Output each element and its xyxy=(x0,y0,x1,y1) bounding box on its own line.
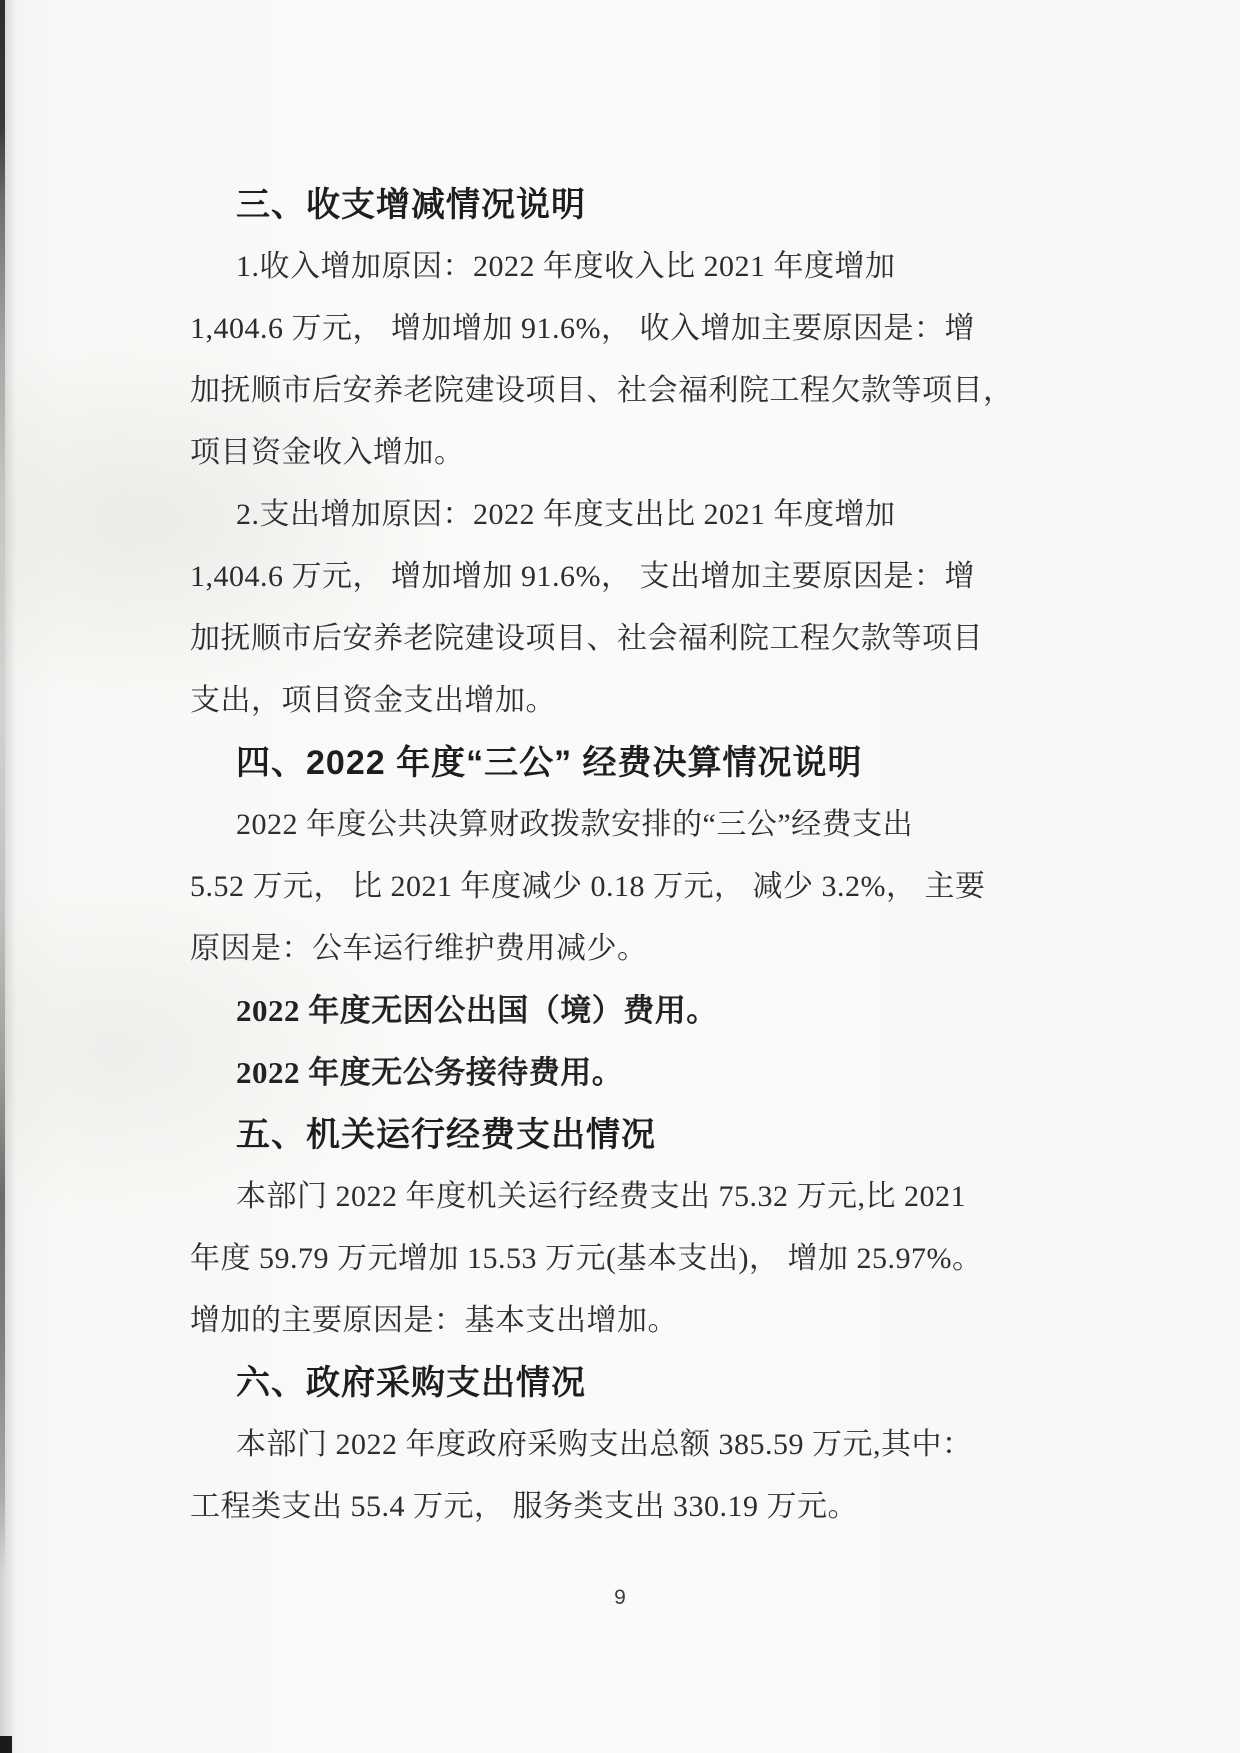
scanned-document-page: 三、收支增减情况说明 1.收入增加原因：2022 年度收入比 2021 年度增加… xyxy=(0,0,1240,1753)
section-heading-4: 四、2022 年度“三公” 经费决算情况说明 xyxy=(190,732,980,794)
heading-text: 三、收支增减情况说明 xyxy=(190,174,980,236)
paragraph-expense-increase: 2.支出增加原因：2022 年度支出比 2021 年度增加 1,404.6 万元… xyxy=(190,484,980,732)
bold-statement-text: 2022 年度无因公出国（境）费用。 xyxy=(190,980,980,1042)
document-body: 三、收支增减情况说明 1.收入增加原因：2022 年度收入比 2021 年度增加… xyxy=(190,174,980,1538)
heading-text: 四、2022 年度“三公” 经费决算情况说明 xyxy=(190,732,980,794)
section-heading-5: 五、机关运行经费支出情况 xyxy=(190,1104,980,1166)
paragraph-line: 本部门 2022 年度机关运行经费支出 75.32 万元,比 2021 xyxy=(190,1166,980,1228)
paragraph-line: 增加的主要原因是：基本支出增加。 xyxy=(190,1290,980,1352)
scan-edge-artifact xyxy=(0,0,5,1570)
paragraph-line: 原因是：公车运行维护费用减少。 xyxy=(190,918,980,980)
paragraph-line: 2022 年度公共决算财政拨款安排的“三公”经费支出 xyxy=(190,794,980,856)
paragraph-line: 加抚顺市后安养老院建设项目、社会福利院工程欠款等项目， xyxy=(190,360,980,422)
bold-statement-text: 2022 年度无公务接待费用。 xyxy=(190,1042,980,1104)
statement-no-reception-expense: 2022 年度无公务接待费用。 xyxy=(190,1042,980,1104)
paragraph-government-procurement: 本部门 2022 年度政府采购支出总额 385.59 万元,其中： 工程类支出 … xyxy=(190,1414,980,1538)
paragraph-line: 1,404.6 万元， 增加增加 91.6%， 收入增加主要原因是：增 xyxy=(190,298,980,360)
scan-corner-artifact xyxy=(0,1736,12,1753)
paragraph-three-public-funds: 2022 年度公共决算财政拨款安排的“三公”经费支出 5.52 万元， 比 20… xyxy=(190,794,980,980)
paragraph-line: 1,404.6 万元， 增加增加 91.6%， 支出增加主要原因是：增 xyxy=(190,546,980,608)
paragraph-line: 本部门 2022 年度政府采购支出总额 385.59 万元,其中： xyxy=(190,1414,980,1476)
paragraph-line: 1.收入增加原因：2022 年度收入比 2021 年度增加 xyxy=(190,236,980,298)
paragraph-line: 5.52 万元， 比 2021 年度减少 0.18 万元， 减少 3.2%， 主… xyxy=(190,856,980,918)
paragraph-line: 支出，项目资金支出增加。 xyxy=(190,670,980,732)
section-heading-6: 六、政府采购支出情况 xyxy=(190,1352,980,1414)
section-heading-3: 三、收支增减情况说明 xyxy=(190,174,980,236)
paragraph-income-increase: 1.收入增加原因：2022 年度收入比 2021 年度增加 1,404.6 万元… xyxy=(190,236,980,484)
paragraph-operating-expense: 本部门 2022 年度机关运行经费支出 75.32 万元,比 2021 年度 5… xyxy=(190,1166,980,1352)
paragraph-line: 加抚顺市后安养老院建设项目、社会福利院工程欠款等项目 xyxy=(190,608,980,670)
heading-text: 六、政府采购支出情况 xyxy=(190,1352,980,1414)
paragraph-line: 2.支出增加原因：2022 年度支出比 2021 年度增加 xyxy=(190,484,980,546)
heading-text: 五、机关运行经费支出情况 xyxy=(190,1104,980,1166)
paragraph-line: 项目资金收入增加。 xyxy=(190,422,980,484)
paragraph-line: 年度 59.79 万元增加 15.53 万元(基本支出)， 增加 25.97%。 xyxy=(190,1228,980,1290)
paragraph-line: 工程类支出 55.4 万元， 服务类支出 330.19 万元。 xyxy=(190,1476,980,1538)
page-number: 9 xyxy=(0,1586,1240,1610)
statement-no-overseas-expense: 2022 年度无因公出国（境）费用。 xyxy=(190,980,980,1042)
